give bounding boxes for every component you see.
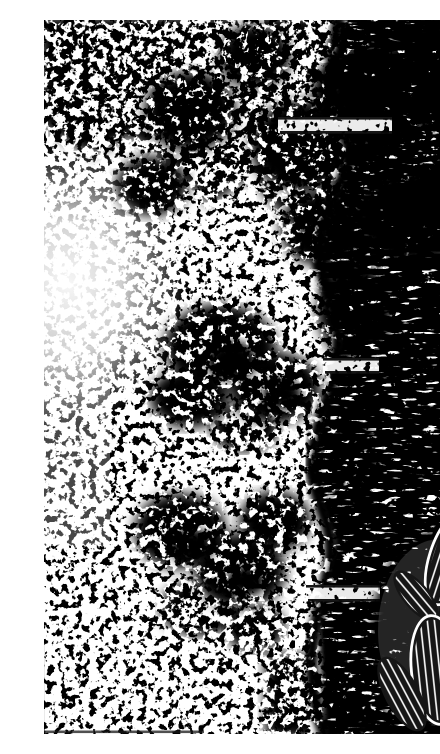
crown-core (206, 341, 258, 381)
trunk-2 (323, 358, 379, 374)
crown-core (226, 565, 266, 597)
artwork-canvas: Pen-and-ink landscape (rotated 90°) (40, 16, 440, 738)
canopy-clump (219, 24, 291, 88)
trunk-3 (306, 585, 380, 602)
margin-top (40, 16, 440, 20)
crown-clump (211, 404, 279, 452)
crown-clump (225, 604, 285, 652)
ink-drawing: Pen-and-ink landscape (rotated 90°) (40, 16, 440, 738)
frame-line-bottom (42, 731, 204, 734)
trunk-2-flecks (323, 360, 379, 373)
trunk-3-flecks (306, 587, 380, 601)
crown-core (262, 378, 302, 410)
bottom-meadow (265, 654, 385, 738)
margin-left (40, 16, 44, 738)
canopy-clump (144, 71, 236, 151)
left-light-wash (40, 346, 110, 546)
canopy-clump (116, 156, 188, 216)
crown-core (170, 528, 214, 564)
trunk-1-flecks (278, 119, 392, 133)
trunk-1 (278, 117, 392, 134)
crown-clump (239, 491, 311, 551)
margin-bottom (40, 734, 440, 738)
